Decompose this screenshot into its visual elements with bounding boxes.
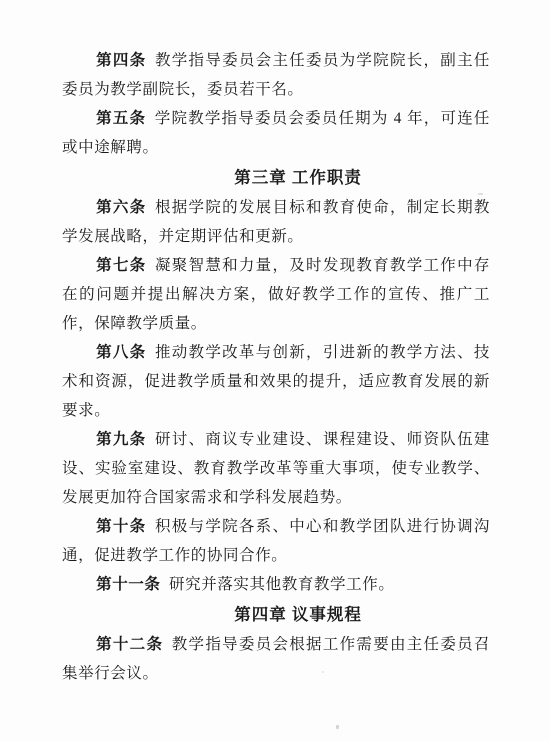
scan-artifact-speck xyxy=(336,725,339,729)
document-text-block: 第四条教学指导委员会主任委员为学院院长，副主任委员为教学副院长，委员若干名。 第… xyxy=(62,46,490,688)
article-8-number: 第八条 xyxy=(96,344,146,361)
article-9-paragraph: 第九条研讨、商议专业建设、课程建设、师资队伍建设、实验室建设、教育教学改革等重大… xyxy=(62,425,490,512)
scan-artifact-speck xyxy=(478,193,483,195)
chapter-4-heading: 第四章 议事规程 xyxy=(84,600,512,629)
article-8-paragraph: 第八条推动教学改革与创新，引进新的教学方法、技术和资源，促进教学质量和效果的提升… xyxy=(62,338,490,425)
article-12-paragraph: 第十二条教学指导委员会根据工作需要由主任委员召集举行会议。 xyxy=(62,630,490,688)
article-10-number: 第十条 xyxy=(96,518,146,535)
article-7-paragraph: 第七条凝聚智慧和力量，及时发现教育教学工作中存在的问题并提出解决方案，做好教学工… xyxy=(62,251,490,338)
article-7-number: 第七条 xyxy=(96,257,146,274)
article-5-number: 第五条 xyxy=(96,110,146,127)
article-11-text: 研究并落实其他教育教学工作。 xyxy=(169,576,394,593)
article-10-paragraph: 第十条积极与学院各系、中心和教学团队进行协调沟通，促进教学工作的协同合作。 xyxy=(62,512,490,570)
scan-artifact-speck xyxy=(322,671,324,673)
article-4-paragraph: 第四条教学指导委员会主任委员为学院院长，副主任委员为教学副院长，委员若干名。 xyxy=(62,46,490,104)
article-11-paragraph: 第十一条研究并落实其他教育教学工作。 xyxy=(62,570,490,599)
article-11-number: 第十一条 xyxy=(96,576,160,593)
chapter-3-heading: 第三章 工作职责 xyxy=(84,163,512,192)
article-12-number: 第十二条 xyxy=(96,636,163,653)
article-9-number: 第九条 xyxy=(96,431,146,448)
article-4-number: 第四条 xyxy=(96,52,146,69)
scanned-document-page: 第四条教学指导委员会主任委员为学院院长，副主任委员为教学副院长，委员若干名。 第… xyxy=(0,0,550,741)
article-6-number: 第六条 xyxy=(96,199,146,216)
article-6-paragraph: 第六条根据学院的发展目标和教育使命，制定长期教学发展战略，并定期评估和更新。 xyxy=(62,193,490,251)
article-5-paragraph: 第五条学院教学指导委员会委员任期为 4 年，可连任或中途解聘。 xyxy=(62,104,490,162)
